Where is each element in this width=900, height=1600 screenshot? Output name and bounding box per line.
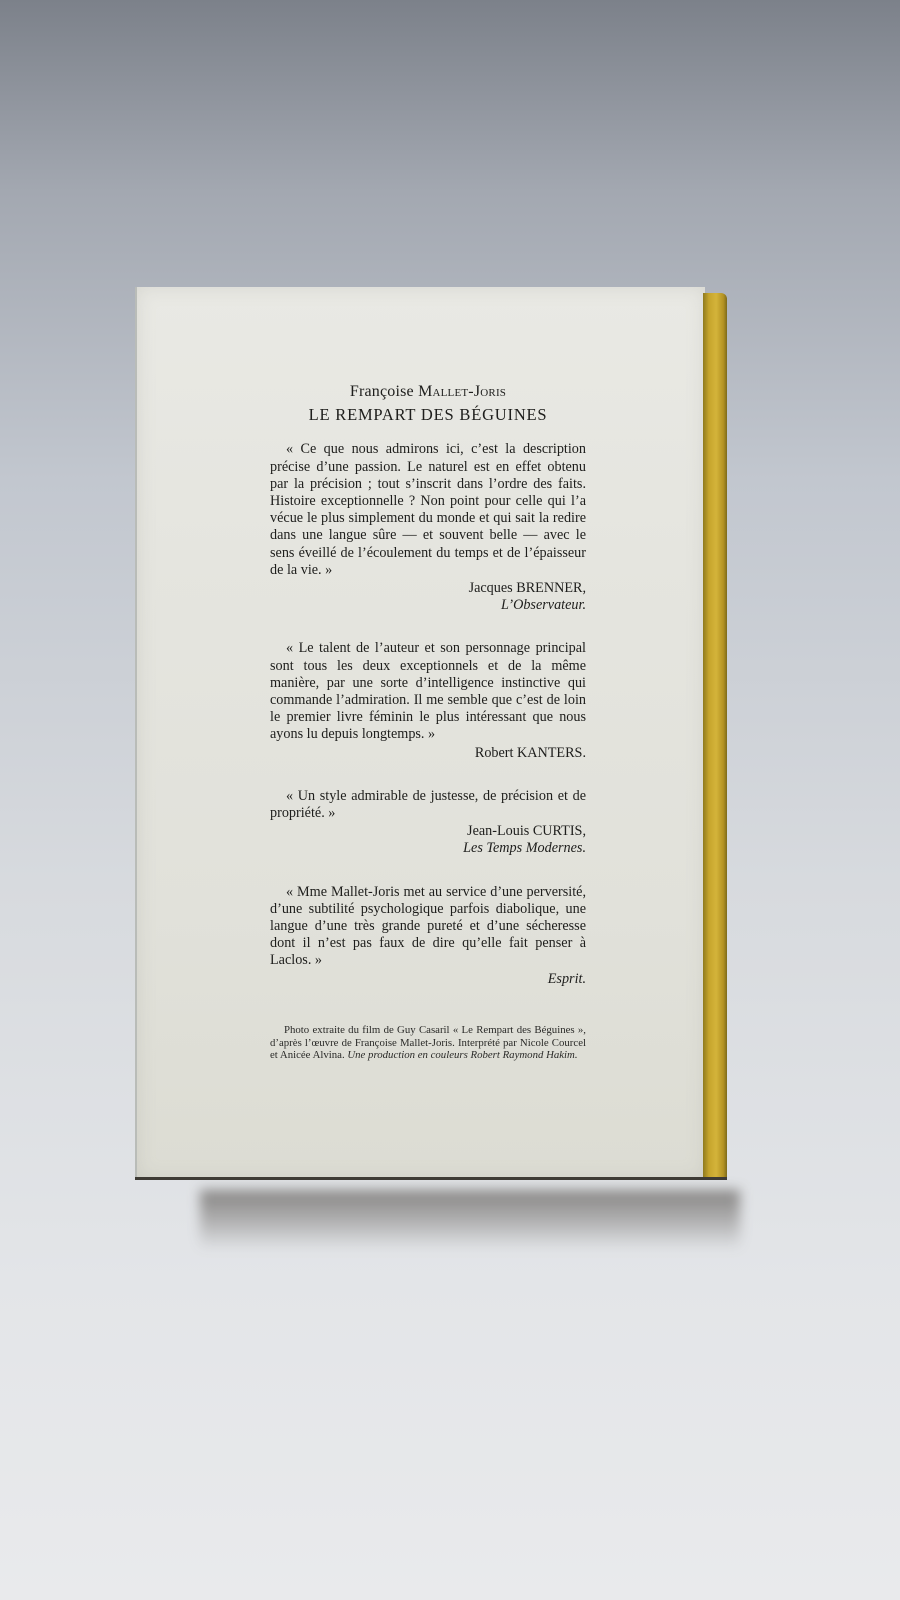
review-source: Les Temps Modernes. xyxy=(270,840,586,857)
review-attribution: Jacques BRENNER, L’Observateur. xyxy=(270,580,586,614)
review-attribution: Esprit. xyxy=(270,971,586,988)
author-first-name: Françoise xyxy=(350,383,414,400)
review-quote: « Mme Mallet-Joris met au service d’une … xyxy=(270,884,586,970)
caption-italic: Une production en couleurs Robert Raymon… xyxy=(347,1049,577,1061)
review-quote: « Un style admirable de justesse, de pré… xyxy=(270,788,586,822)
back-cover-text: Françoise Mallet-Joris LE REMPART DES BÉ… xyxy=(270,383,586,1062)
review-quote: « Ce que nous admirons ici, c’est la des… xyxy=(270,441,586,579)
book-shadow xyxy=(200,1190,740,1250)
author-last-name: Mallet-Joris xyxy=(418,383,506,400)
photo-caption: Photo extraite du film de Guy Casaril « … xyxy=(270,1024,586,1062)
book-spine xyxy=(703,293,727,1177)
review-quote: « Le talent de l’auteur et son personnag… xyxy=(270,640,586,743)
review-attribution: Robert KANTERS. xyxy=(270,745,586,762)
book-bottom-edge xyxy=(135,1177,727,1180)
review-critic: Jacques BRENNER, xyxy=(270,580,586,597)
review-critic: Robert KANTERS. xyxy=(270,745,586,762)
review-critic: Jean-Louis CURTIS, xyxy=(270,823,586,840)
review-attribution: Jean-Louis CURTIS, Les Temps Modernes. xyxy=(270,823,586,857)
author-name: Françoise Mallet-Joris xyxy=(270,383,586,400)
review-text: « Le talent de l’auteur et son personnag… xyxy=(270,640,586,743)
review-text: « Un style admirable de justesse, de pré… xyxy=(270,788,586,822)
review-text: « Mme Mallet-Joris met au service d’une … xyxy=(270,884,586,970)
book-title: LE REMPART DES BÉGUINES xyxy=(270,406,586,423)
review-source: Esprit. xyxy=(270,971,586,988)
review-source: L’Observateur. xyxy=(270,597,586,614)
review-text: « Ce que nous admirons ici, c’est la des… xyxy=(270,441,586,579)
